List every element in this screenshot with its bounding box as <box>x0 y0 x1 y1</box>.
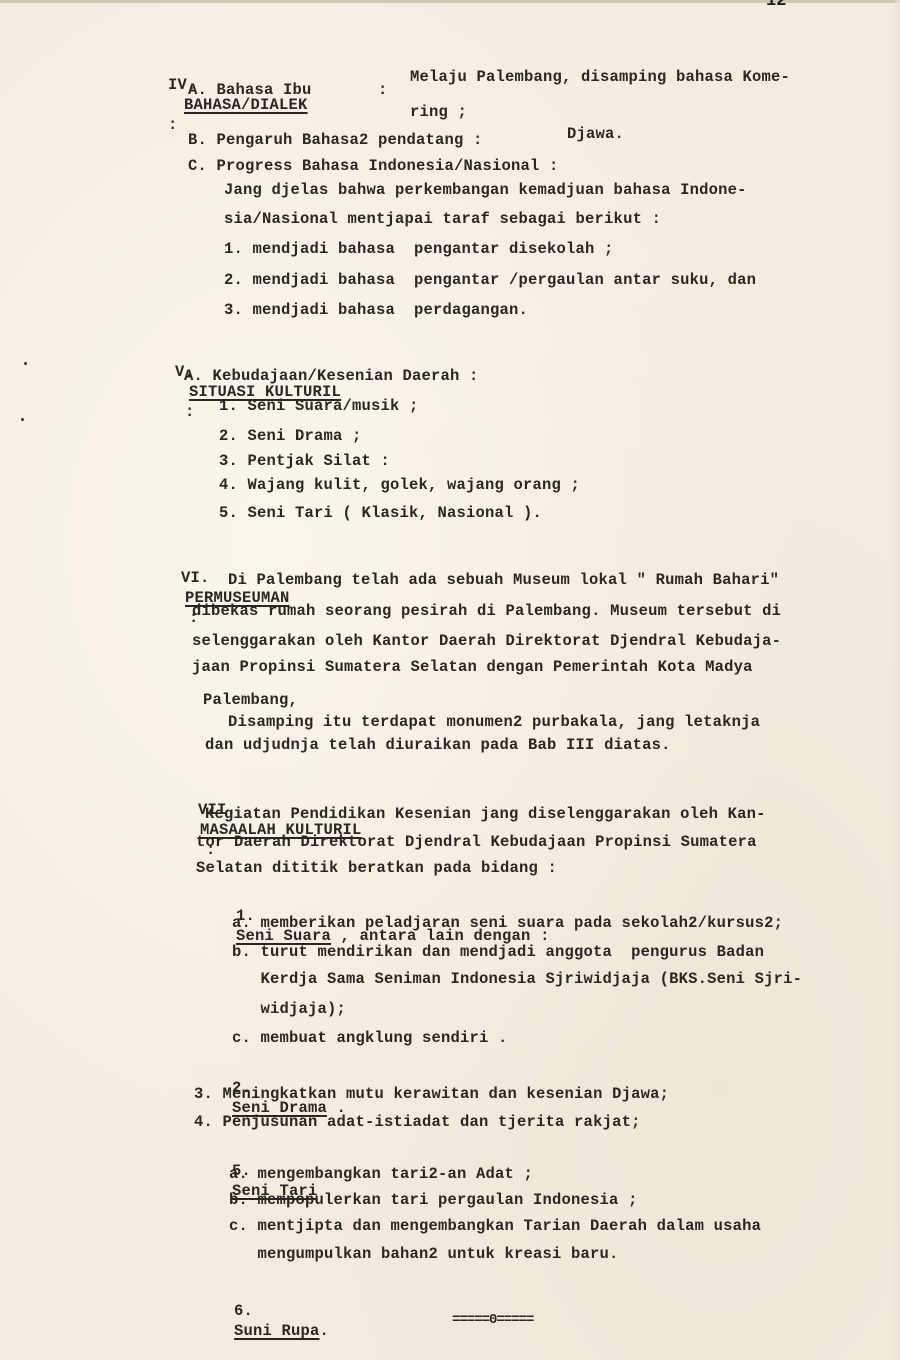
item-title: Suni Rupa <box>234 1322 320 1340</box>
vii-item-4: 4. Penjusunan adat-istiadat dan tjerita … <box>194 1112 641 1132</box>
v-item: 3. Pentjak Silat : <box>219 451 390 471</box>
iv-b-value: Djawa. <box>567 124 624 144</box>
vii-item-5-sub: mengumpulkan bahan2 untuk kreasi baru. <box>229 1244 619 1264</box>
iv-a-sep: : <box>378 80 388 100</box>
vii-item-1-sub: b. turut mendirikan dan mendjadi anggota… <box>232 942 764 962</box>
vii-item-1-sub: a. memberikan peladjaran seni suara pada… <box>232 913 783 933</box>
paper-right-edge <box>892 0 900 1360</box>
iv-a-value-2: ring ; <box>410 102 467 122</box>
vii-intro-line: tor Daerah Direktorat Djendral Kebudajaa… <box>196 832 757 852</box>
vii-intro-line: Selatan dititik beratkan pada bidang : <box>196 858 557 878</box>
paper-top-edge <box>0 0 900 3</box>
section-numeral: VI. <box>181 569 210 587</box>
document-page: 12 IV. BAHASA/DIALEK : A. Bahasa Ibu : M… <box>0 0 900 1360</box>
vi-paragraph-line: dan udjudnja telah diuraikan pada Bab II… <box>205 735 671 755</box>
v-item: 4. Wajang kulit, golek, wajang orang ; <box>219 475 580 495</box>
vii-item-5-sub: c. mentjipta dan mengembangkan Tarian Da… <box>229 1216 761 1236</box>
vi-paragraph-line: Palembang, <box>203 690 298 710</box>
vii-item-1-sub: c. membuat angklung sendiri . <box>232 1028 508 1048</box>
v-a-label: A. Kebudajaan/Kesenian Daerah : <box>184 366 479 386</box>
vi-paragraph-line: selenggarakan oleh Kantor Daerah Direkto… <box>192 631 781 651</box>
v-item: 1. Seni Suara/musik ; <box>219 396 419 416</box>
iv-a-value-1: Melaju Palembang, disamping bahasa Kome- <box>410 67 790 87</box>
vii-item-5-sub: a. mengembangkan tari2-an Adat ; <box>229 1164 533 1184</box>
iv-c-item: 1. mendjadi bahasa pengantar disekolah ; <box>224 239 614 259</box>
vi-paragraph-line: Di Palembang telah ada sebuah Museum lok… <box>228 570 779 590</box>
vi-paragraph-line: jaan Propinsi Sumatera Selatan dengan Pe… <box>192 657 753 677</box>
v-item: 5. Seni Tari ( Klasik, Nasional ). <box>219 503 542 523</box>
vii-item-1-sub: widjaja); <box>232 999 346 1019</box>
ink-speck <box>24 362 27 365</box>
iv-b-label: B. Pengaruh Bahasa2 pendatang : <box>188 130 483 150</box>
vii-item-3: 3. Meningkatkan mutu kerawitan dan kesen… <box>194 1084 669 1104</box>
iv-c-text-1: Jang djelas bahwa perkembangan kemadjuan… <box>224 180 747 200</box>
v-item: 2. Seni Drama ; <box>219 426 362 446</box>
colon: : <box>185 403 195 421</box>
item-text: . <box>320 1322 330 1340</box>
iv-c-text-2: sia/Nasional mentjapai taraf sebagai ber… <box>224 209 661 229</box>
iv-c-item: 3. mendjadi bahasa perdagangan. <box>224 300 528 320</box>
vii-item-6: 6. Suni Rupa. <box>196 1281 329 1360</box>
vii-intro-line: Kegiatan Pendidikan Kesenian jang disele… <box>205 804 766 824</box>
page-number: 12 <box>766 0 786 11</box>
item-number: 6. <box>234 1302 253 1320</box>
vii-item-1-sub: Kerdja Sama Seniman Indonesia Sjriwidjaj… <box>232 969 802 989</box>
iv-c-item: 2. mendjadi bahasa pengantar /pergaulan … <box>224 270 756 290</box>
iv-c-label: C. Progress Bahasa Indonesia/Nasional : <box>188 156 559 176</box>
end-of-section-mark: =====0===== <box>452 1312 533 1328</box>
vi-paragraph-line: dibekas rumah seorang pesirah di Palemba… <box>192 601 781 621</box>
iv-a-label: A. Bahasa Ibu <box>188 80 312 100</box>
vii-item-5-sub: b. mempopulerkan tari pergaulan Indonesi… <box>229 1190 638 1210</box>
ink-speck <box>21 418 24 421</box>
vi-paragraph-line: Disamping itu terdapat monumen2 purbakal… <box>228 712 760 732</box>
colon: : <box>168 116 178 134</box>
